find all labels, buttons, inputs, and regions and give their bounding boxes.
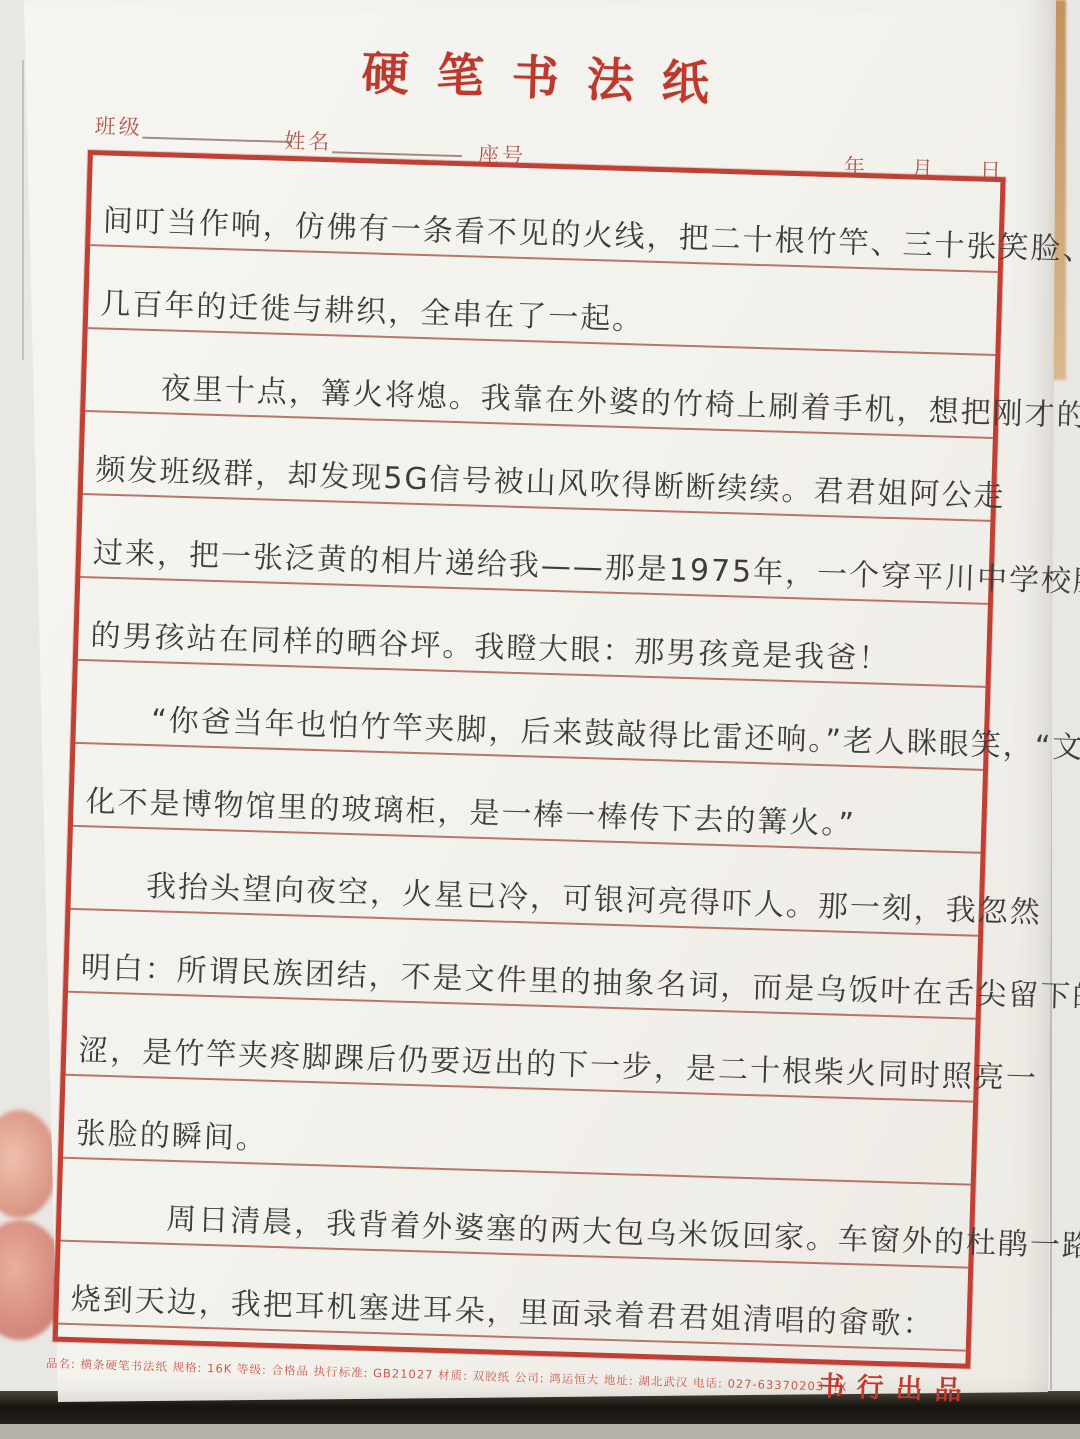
name-label: 姓名 (284, 129, 333, 154)
publisher-brand: 书行出品 (817, 1364, 974, 1408)
class-blank-line (142, 133, 292, 143)
handwriting-text: 张脸的瞬间。 (63, 1114, 274, 1163)
writing-area-border: 间叮当作响，仿佛有一条看不见的火线，把二十根竹竿、三十张笑脸、 几百年的迁徙与耕… (53, 150, 1006, 1369)
sheet-content: 硬笔书法纸 班级 姓名 座号 年月日 间叮当作响，仿佛有一条看不见的火线，把二十… (53, 150, 1006, 1369)
class-label: 班级 (94, 114, 143, 139)
table-surface (0, 1424, 1080, 1439)
underlying-sheet-edge (22, 60, 24, 360)
handwriting-text: 烧到天边，我把耳机塞进耳朵，里面录着君君姐清唱的畲歌： (58, 1280, 941, 1349)
name-blank-line (332, 147, 462, 157)
ruled-lines: 间叮当作响，仿佛有一条看不见的火线，把二十根竹竿、三十张笑脸、 几百年的迁徙与耕… (58, 163, 1000, 1351)
photo-of-calligraphy-paper: 硬笔书法纸 班级 姓名 座号 年月日 间叮当作响，仿佛有一条看不见的火线，把二十… (0, 0, 1080, 1439)
name-field: 姓名 (284, 125, 463, 160)
class-field: 班级 (94, 110, 293, 146)
finger (0, 1110, 58, 1218)
